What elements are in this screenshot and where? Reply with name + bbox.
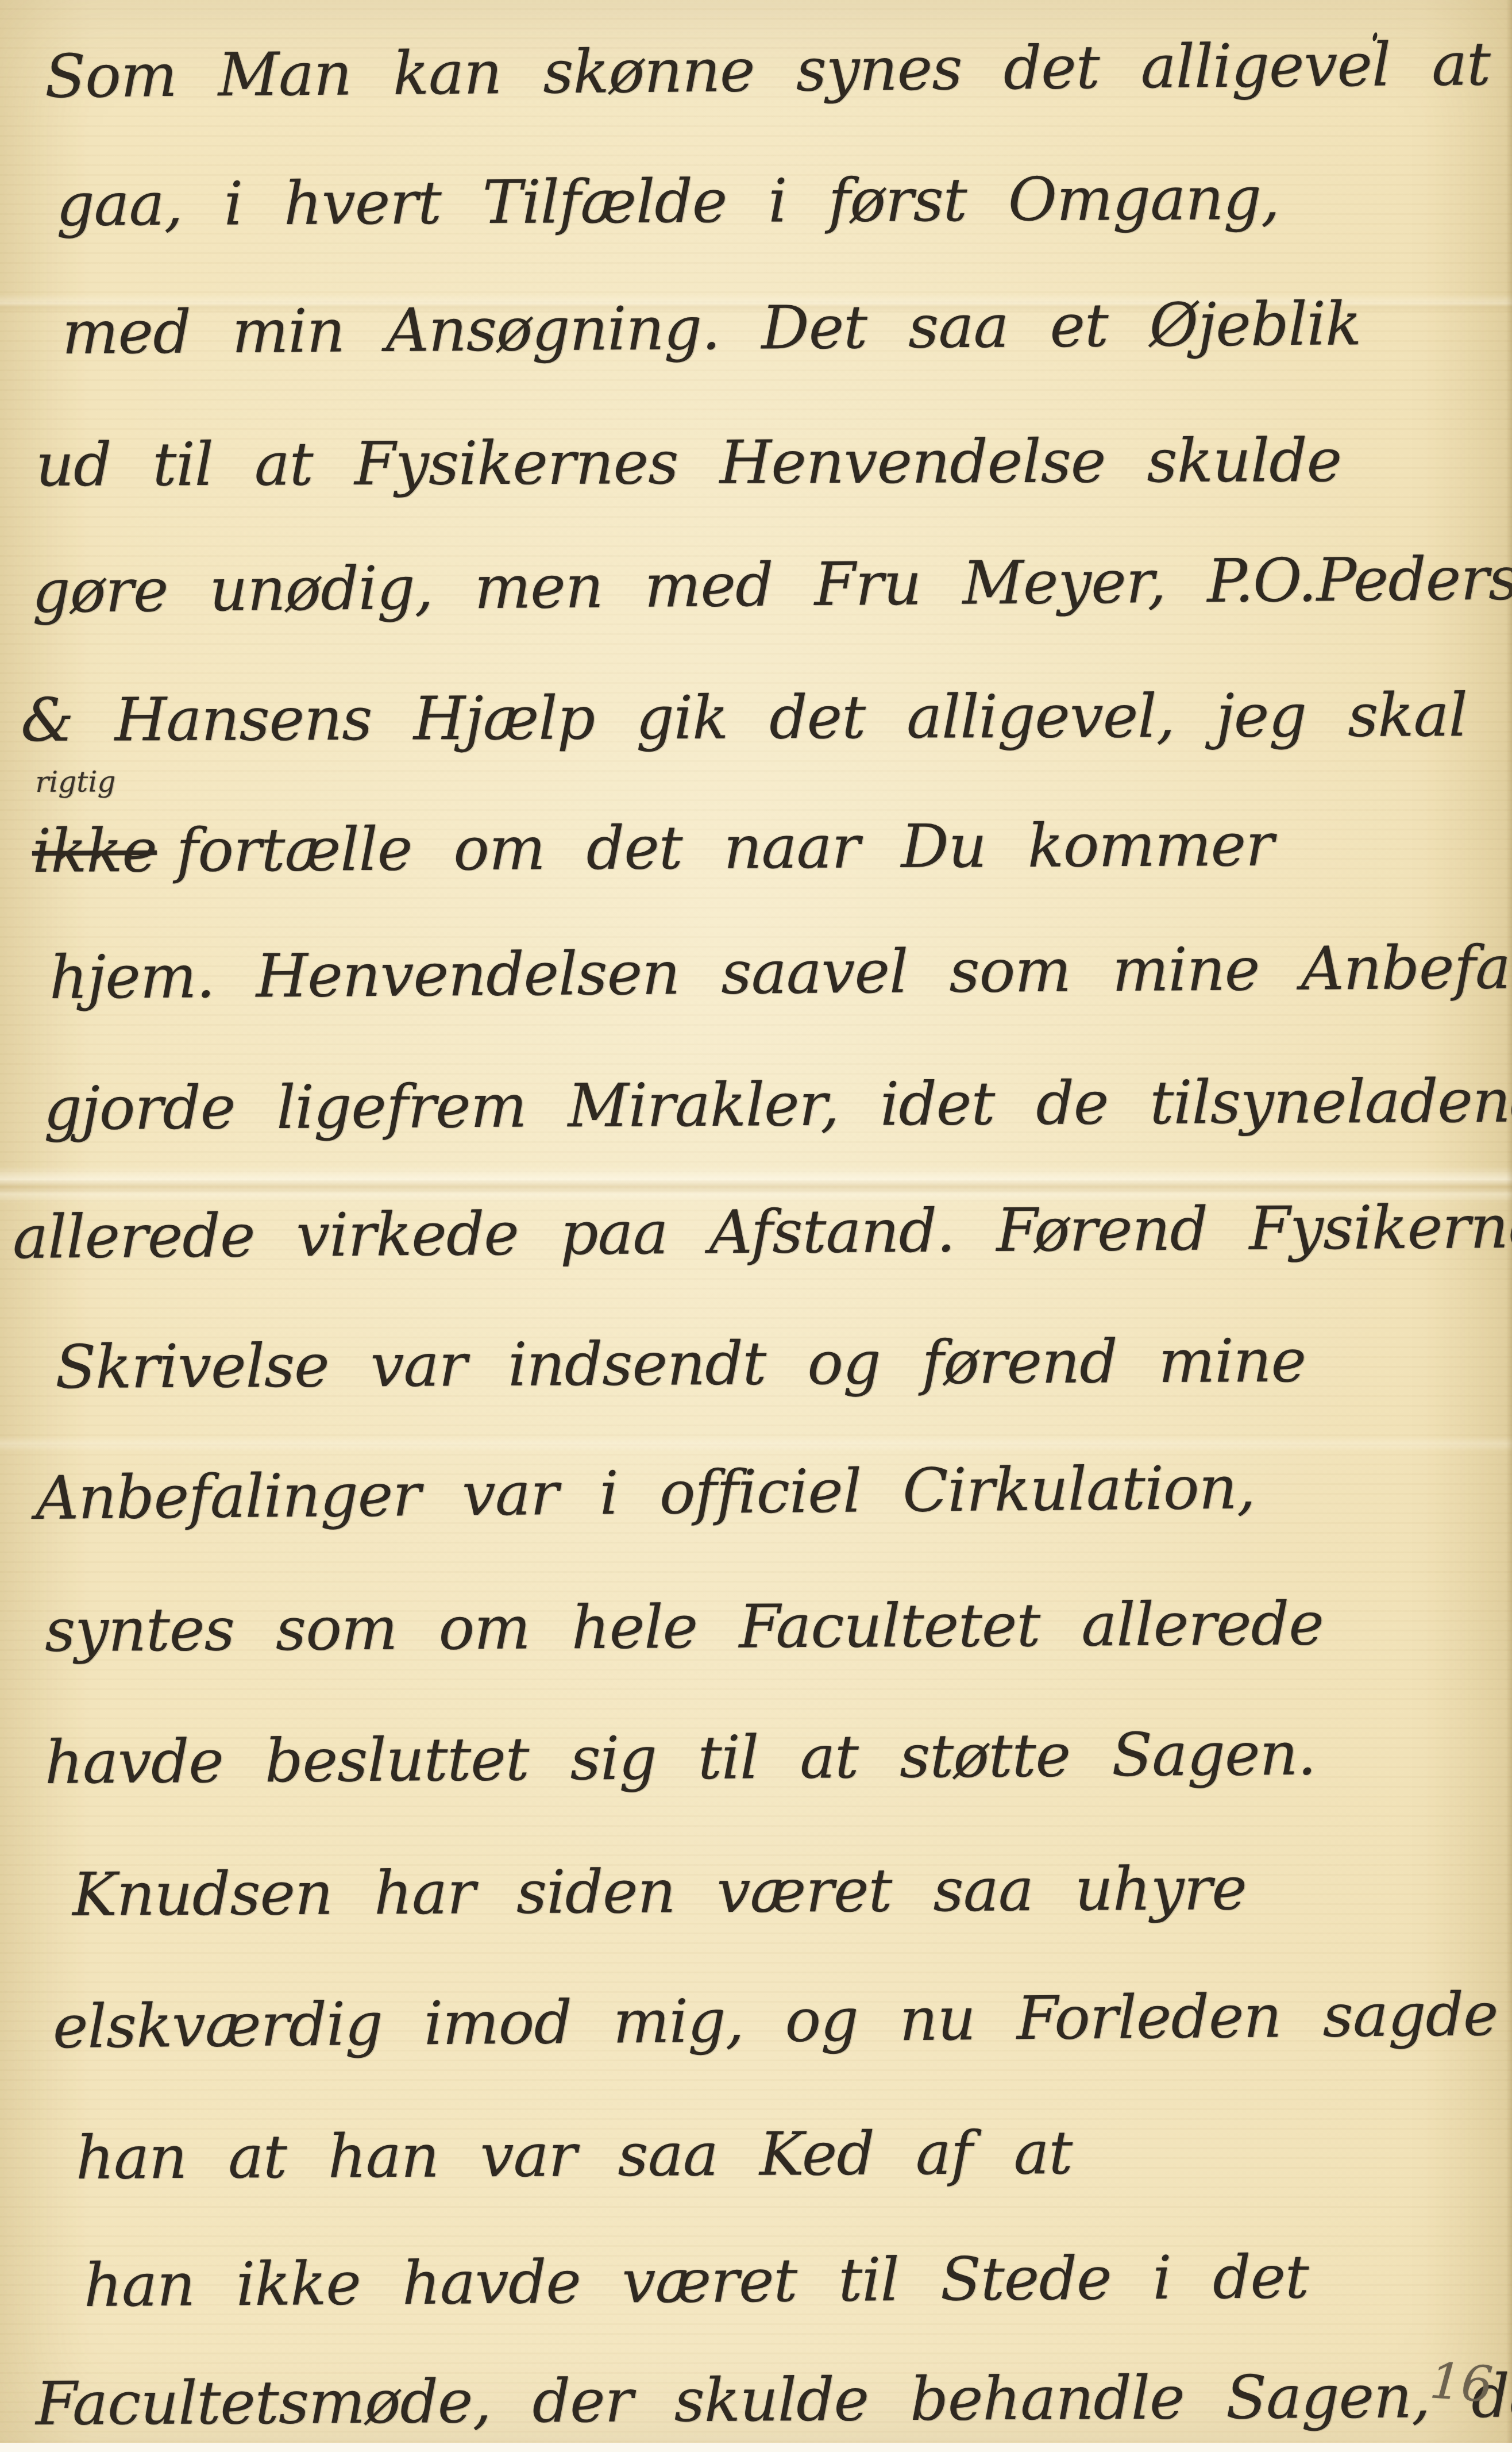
page-number: 16	[1428, 2352, 1494, 2413]
handwriting-line: han ikke havde været til Stede i det	[84, 2242, 1309, 2320]
handwriting-line: elskværdig imod mig, og nu Forleden sagd…	[52, 1979, 1498, 2062]
handwriting-line: syntes som om hele Facultetet allerede	[45, 1588, 1324, 1665]
handwriting-line: Facultetsmøde, der skulde behandle Sagen…	[36, 2361, 1512, 2439]
inserted-word-above-line: rigtig	[35, 765, 115, 799]
handwriting-line: hjem. Henvendelsen saavel som mine Anbef…	[49, 931, 1512, 1013]
scan-edge	[0, 2443, 1512, 2452]
handwriting-line: Som Man kan skønne synes det alligevel a…	[44, 29, 1490, 111]
handwriting-line: Skrivelse var indsendt og førend mine	[55, 1326, 1306, 1402]
handwriting-line-rest: fortælle om det naar Du kommer	[176, 810, 1274, 886]
handwriting-line: gøre unødig, men med Fru Meyer, P.O.Pede…	[32, 542, 1512, 626]
handwriting-line: allerede virkede paa Afstand. Førend Fys…	[13, 1191, 1512, 1272]
handwriting-line: Knudsen har siden været saa uhyre	[72, 1853, 1247, 1930]
struck-through-word: ikke	[32, 815, 157, 886]
handwriting-line: ud til at Fysikernes Henvendelse skulde	[36, 425, 1342, 500]
handwriting-line: han at han var saa Ked af at	[76, 2118, 1073, 2193]
paper-fold-crease	[0, 1437, 1512, 1452]
handwriting-line: havde besluttet sig til at støtte Sagen.	[45, 1719, 1316, 1797]
handwriting-line: & Hansens Hjælp gik det alligevel, jeg s…	[21, 680, 1467, 755]
handwriting-line: gaa, i hvert Tilfælde i først Omgang,	[56, 163, 1280, 240]
handwriting-line: gjorde ligefrem Mirakler, idet de tilsyn…	[44, 1065, 1512, 1144]
letter-page: Som Man kan skønne synes det alligevel a…	[0, 0, 1512, 2452]
handwriting-line-with-correction: rigtigikkefortælle om det naar Du kommer	[32, 808, 1512, 886]
handwriting-line: med min Ansøgning. Det saa et Øjeblik	[62, 288, 1361, 368]
handwriting-line: Anbefalinger var i officiel Cirkulation,	[35, 1452, 1255, 1533]
scan-edge	[1506, 0, 1512, 2452]
